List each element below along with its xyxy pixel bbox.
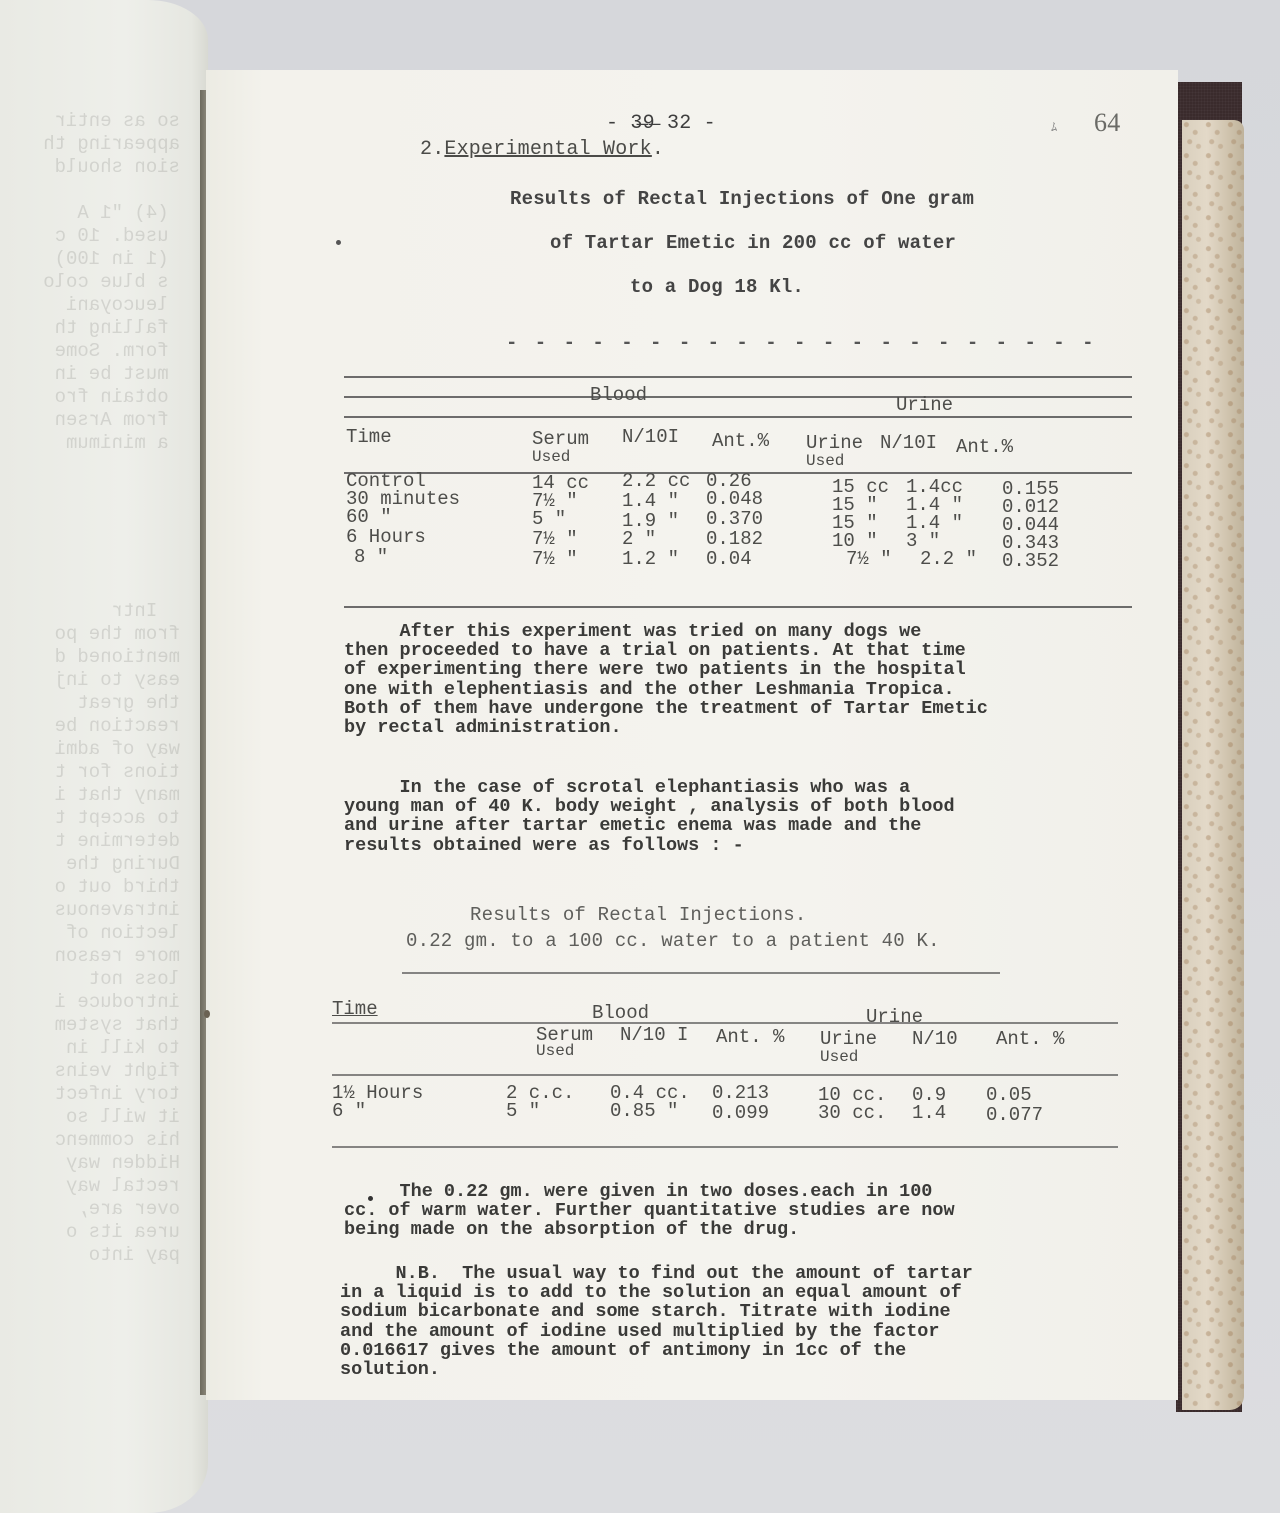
cell-ant-blood: 0.213 xyxy=(712,1084,769,1103)
table1-col-urine: Urine xyxy=(806,434,863,453)
table1-col-ant-blood: Ant.% xyxy=(712,432,769,451)
table2-col-time: Time xyxy=(332,1000,378,1019)
table1-group-blood: Blood xyxy=(590,386,647,405)
paragraph-two-doses: The 0.22 gm. were given in two doses.eac… xyxy=(344,1182,1124,1240)
table2-col-ant-urine: Ant. % xyxy=(996,1030,1064,1049)
cell-serum: 7½ " xyxy=(532,530,578,549)
cell-ant-urine: 0.05 xyxy=(986,1086,1032,1105)
table1-col-serum-used: Used xyxy=(532,448,570,467)
table1-bottom-rule xyxy=(344,606,1132,608)
table2-col-urine-used: Used xyxy=(820,1048,858,1067)
table1-col-urine-used: Used xyxy=(806,452,844,471)
page-edges xyxy=(1182,120,1244,1410)
table1-rule xyxy=(344,416,1132,418)
table2-group-blood: Blood xyxy=(592,1004,649,1023)
margin-dot xyxy=(336,240,341,245)
table2-header-rule xyxy=(332,1074,1118,1076)
table1-rule xyxy=(344,376,1132,378)
cell-n10-urine: 1.4 xyxy=(912,1104,946,1123)
cell-ant-blood: 0.04 xyxy=(706,550,752,569)
section-heading: 2.Experimental Work. xyxy=(420,138,664,161)
cell-ant-blood: 0.099 xyxy=(712,1104,769,1123)
cell-serum: 7½ " xyxy=(532,550,578,569)
folio-number: - 3̶9̶ 32 - xyxy=(606,112,716,135)
table1-col-n10-blood: N/10I xyxy=(622,428,679,447)
page-number: 64 xyxy=(1094,108,1120,138)
table2-title-rule xyxy=(402,972,1000,974)
table1-rule xyxy=(344,396,1132,398)
table1-col-ant-urine: Ant.% xyxy=(956,438,1013,457)
table1-title-line-2: of Tartar Emetic in 200 cc of water xyxy=(550,232,956,254)
cell-serum: 5 " xyxy=(506,1102,540,1121)
separator-dashes: - - - - - - - - - - - - - - - - - - - - … xyxy=(506,332,1096,354)
left-facing-page: so as entir appearing th sion should (4)… xyxy=(0,0,208,1513)
table1-title-line-3: to a Dog 18 Kl. xyxy=(630,276,804,298)
cell-ant-blood: 0.182 xyxy=(706,530,763,549)
table2-col-n10-urine: N/10 xyxy=(912,1030,958,1049)
paragraph-dog-to-patients: After this experiment was tried on many … xyxy=(344,622,1124,737)
typed-page: - 3̶9̶ 32 - ﾑ 64 2.Experimental Work. Re… xyxy=(206,70,1178,1400)
cell-time: 8 " xyxy=(354,548,388,567)
cell-time: 60 " xyxy=(346,508,392,527)
table1-col-time: Time xyxy=(346,428,392,447)
cell-n10-blood: 1.2 " xyxy=(622,550,679,569)
paragraph-nb-titration: N.B. The usual way to find out the amoun… xyxy=(340,1264,1120,1379)
table2-col-ant-blood: Ant. % xyxy=(716,1028,784,1047)
table2-col-urine: Urine xyxy=(820,1030,877,1049)
table2-title-line-1: Results of Rectal Injections. xyxy=(470,904,806,926)
pencil-mark: ﾑ xyxy=(1051,118,1057,135)
cell-ant-urine: 0.077 xyxy=(986,1106,1043,1125)
cell-n10-urine: 2.2 " xyxy=(920,550,977,569)
paragraph-scrotal-elephantiasis: In the case of scrotal elephantiasis who… xyxy=(344,778,1124,855)
table2-col-serum-used: Used xyxy=(536,1042,574,1061)
table2-bottom-rule xyxy=(332,1146,1118,1148)
cell-urine: 30 cc. xyxy=(818,1104,886,1123)
table2-title-line-2: 0.22 gm. to a 100 cc. water to a patient… xyxy=(406,930,940,952)
cell-n10-blood: 2 " xyxy=(622,530,656,549)
cell-ant-blood: 0.048 xyxy=(706,490,763,509)
cell-time: 6 Hours xyxy=(346,528,426,547)
cell-serum: 5 " xyxy=(532,510,566,529)
binding-hole xyxy=(204,1010,210,1018)
table1-col-serum: Serum xyxy=(532,430,589,449)
cell-ant-blood: 0.370 xyxy=(706,510,763,529)
table1-group-urine: Urine xyxy=(896,396,953,415)
cell-ant-urine: 0.352 xyxy=(1002,552,1059,571)
cell-urine: 7½ " xyxy=(846,550,892,569)
table2-rule xyxy=(332,1022,1118,1024)
cell-n10-blood: 0.85 " xyxy=(610,1102,678,1121)
cell-n10-blood: 1.4 " xyxy=(622,492,679,511)
show-through-text: Intr from the po mentioned d easy to inj… xyxy=(30,600,180,1267)
table1-col-n10-urine: N/10I xyxy=(880,434,937,453)
table2-group-urine: Urine xyxy=(866,1008,923,1027)
show-through-text: so as entir appearing th sion should (4)… xyxy=(30,110,180,455)
cell-n10-blood: 2.2 cc xyxy=(622,472,690,491)
table2-col-n10-blood: N/10 I xyxy=(620,1026,688,1045)
table1-title-line-1: Results of Rectal Injections of One gram xyxy=(510,188,974,210)
cell-time: 6 " xyxy=(332,1102,366,1121)
